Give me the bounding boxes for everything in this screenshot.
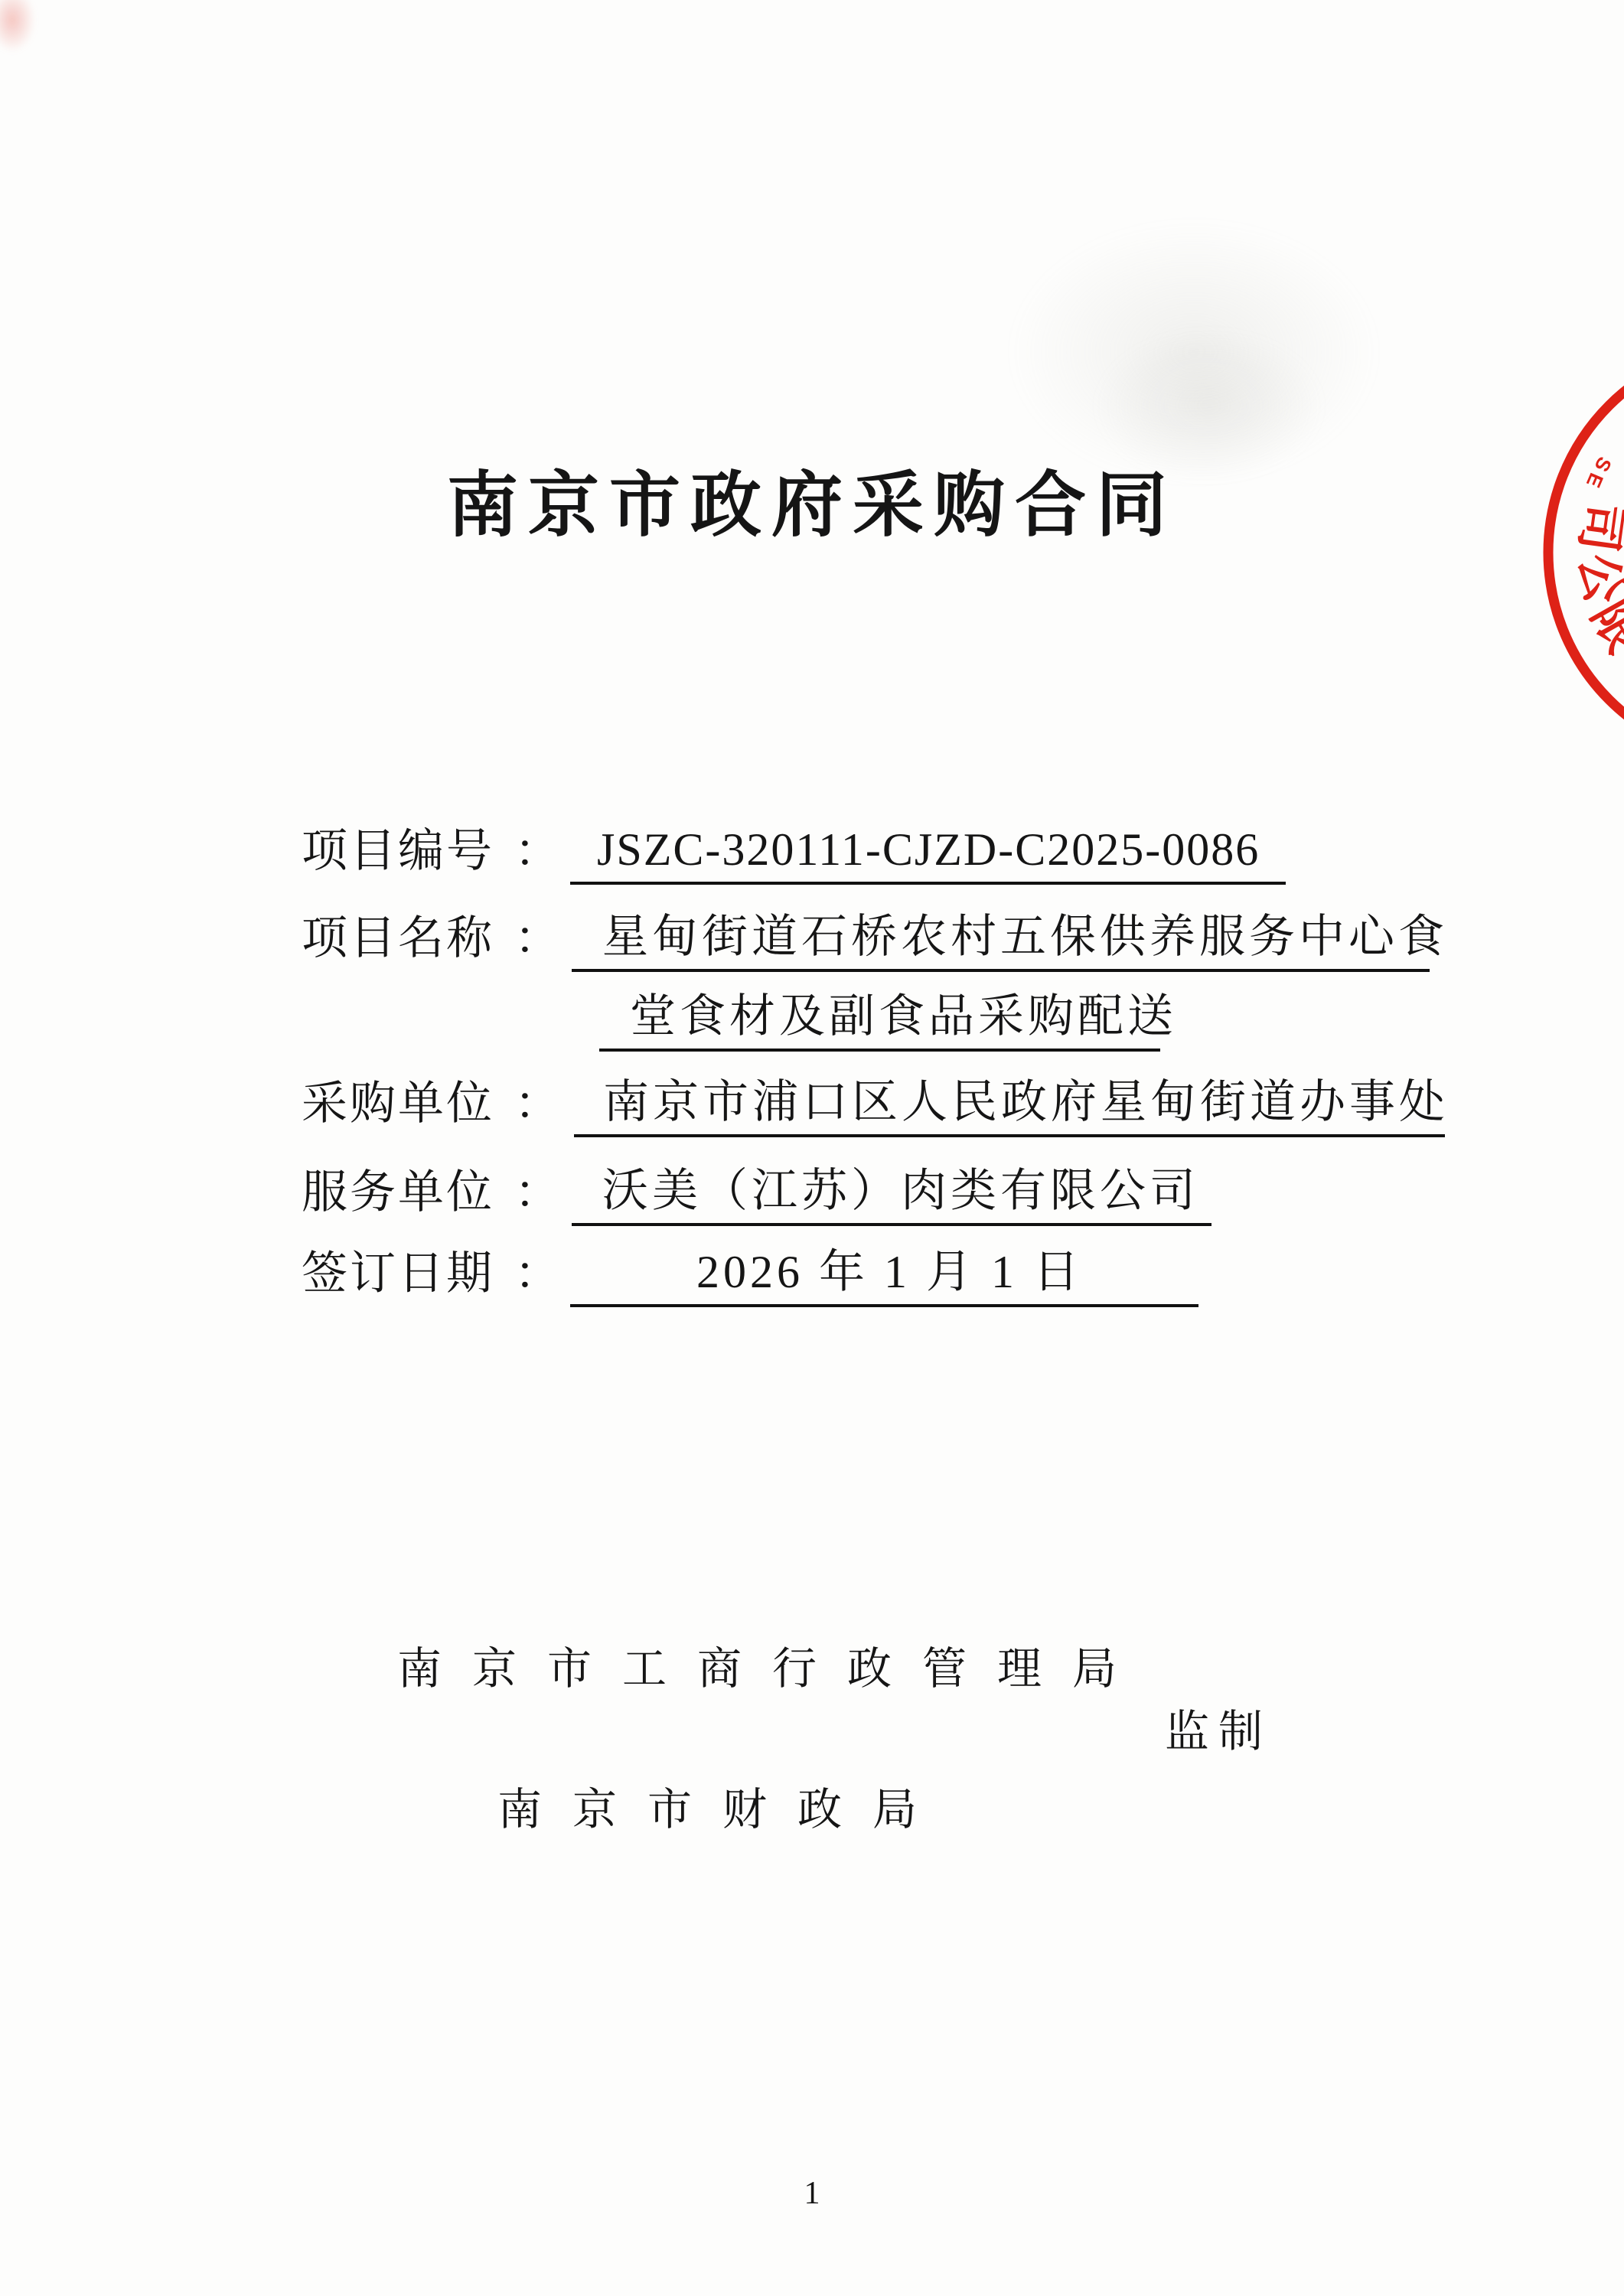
field-colon: ：: [514, 1243, 560, 1304]
field-value-sign-date: 2026 年 1 月 1 日: [570, 1243, 1198, 1307]
field-colon: ：: [514, 820, 560, 882]
field-row-project-number: 项目编号 ： JSZC-320111-CJZD-C2025-0086: [0, 820, 1624, 891]
field-row-purchaser: 采购单位 ： 南京市浦口区人民政府星甸街道办事处: [0, 1073, 1624, 1143]
supervising-authority-line2: 南京市财政局: [497, 1783, 947, 1837]
seal-latin-characters: SE: [1580, 453, 1616, 496]
field-row-sign-date: 签订日期 ： 2026 年 1 月 1 日: [0, 1243, 1624, 1313]
red-company-seal: 司公限有 SE: [1519, 315, 1624, 790]
corner-ink-smudge: [0, 0, 35, 52]
field-label-service-provider: 服务单位: [302, 1162, 494, 1223]
field-value-project-number: JSZC-320111-CJZD-C2025-0086: [570, 820, 1286, 885]
seal-graphic: 司公限有 SE: [1519, 315, 1624, 790]
field-colon: ：: [514, 1073, 560, 1134]
supervising-authority-line1: 南京市工商行政管理局: [397, 1642, 1147, 1696]
field-row-project-name: 项目名称 ： 星甸街道石桥农村五保供养服务中心食: [0, 908, 1624, 978]
seal-company-characters: 司公限有: [1569, 500, 1624, 709]
field-row-project-name-line2: 堂食材及副食品采购配送: [0, 987, 1624, 1058]
field-value-project-name-line2: 堂食材及副食品采购配送: [599, 987, 1160, 1052]
field-label-sign-date: 签订日期: [302, 1243, 494, 1304]
field-value-service-provider: 沃美（江苏）肉类有限公司: [572, 1162, 1211, 1226]
field-colon: ：: [514, 1162, 560, 1223]
document-title: 南京市政府采购合同: [0, 448, 1624, 550]
field-colon: ：: [514, 908, 560, 969]
field-label-project-number: 项目编号: [302, 820, 494, 882]
field-row-service-provider: 服务单位 ： 沃美（江苏）肉类有限公司: [0, 1162, 1624, 1232]
field-value-project-name-line1: 星甸街道石桥农村五保供养服务中心食: [572, 908, 1430, 972]
field-value-purchaser: 南京市浦口区人民政府星甸街道办事处: [574, 1073, 1445, 1137]
faint-stamp-ghost: [1010, 222, 1378, 482]
field-label-purchaser: 采购单位: [302, 1073, 494, 1134]
page-number: 1: [0, 2175, 1624, 2212]
field-label-project-name: 项目名称: [302, 908, 494, 969]
contract-cover-page: 南京市政府采购合同 司公限有 SE 项目编号 ： JSZC-320111-CJZ…: [0, 0, 1624, 2296]
supervise-label: 监制: [1165, 1705, 1272, 1759]
